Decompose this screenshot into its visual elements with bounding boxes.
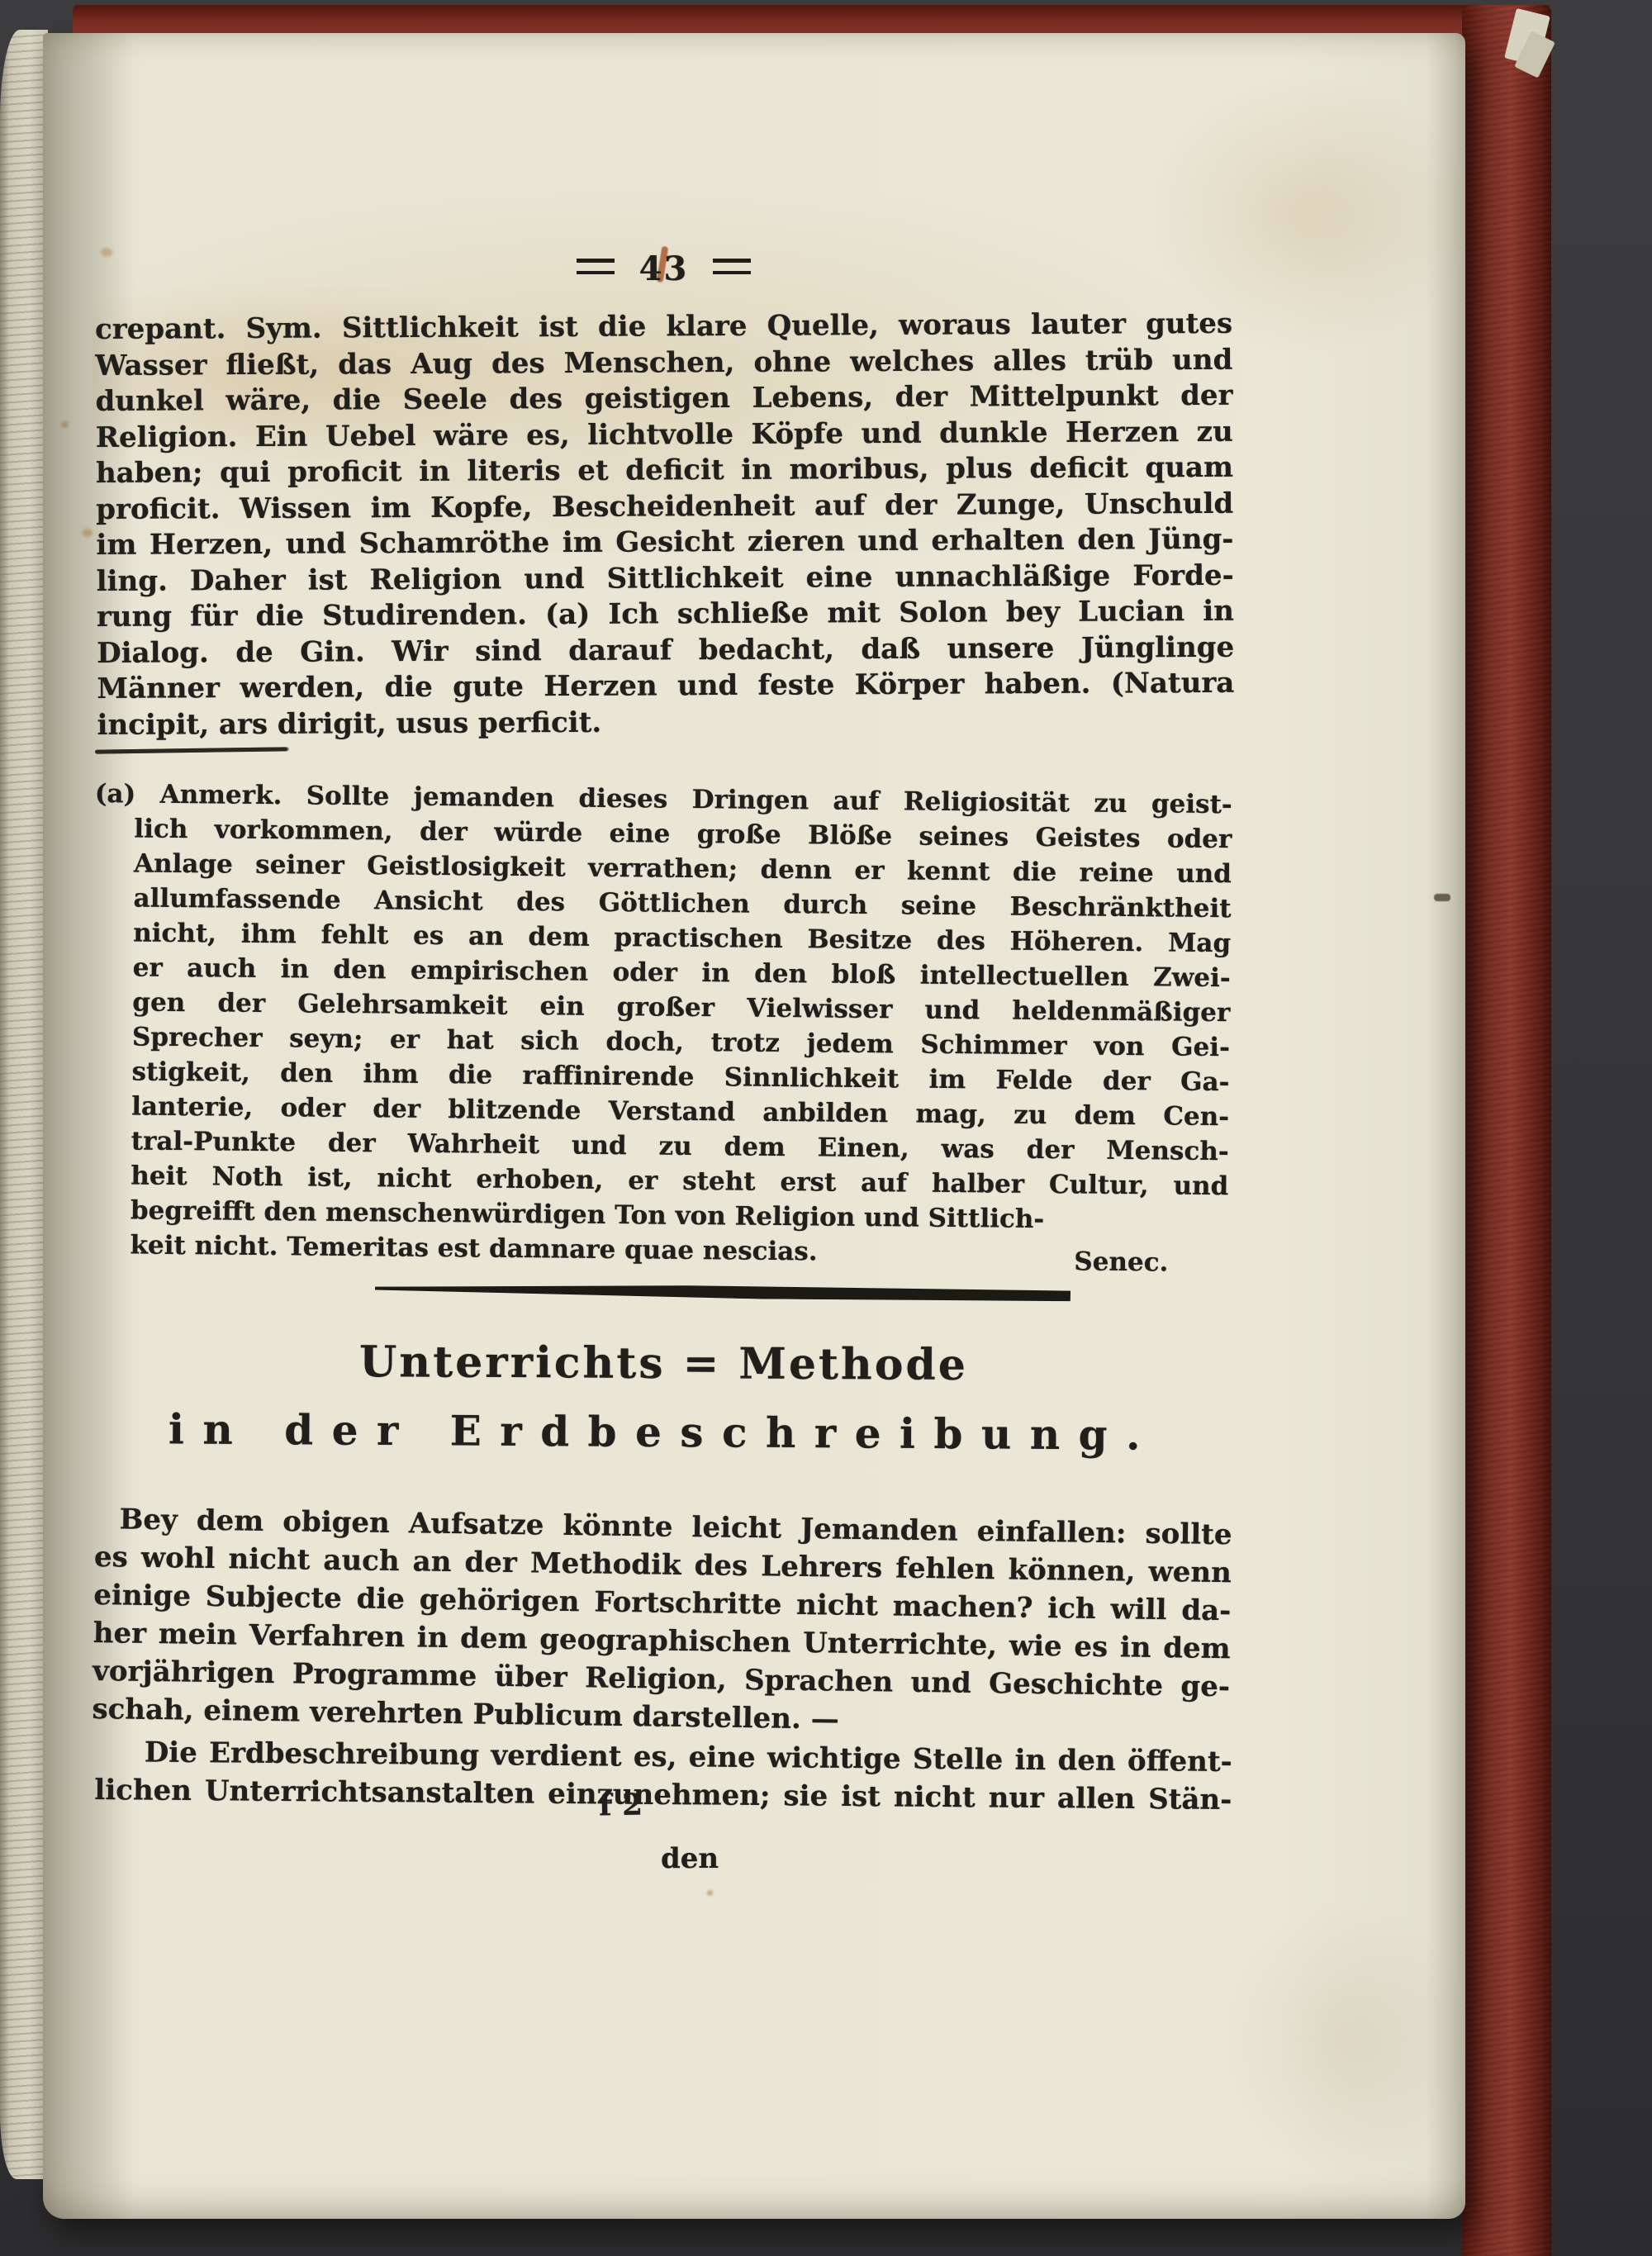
text-line: im Herzen, und Schamröthe im Gesicht zie… bbox=[96, 522, 1233, 564]
text-line: Männer werden, die gute Herzen und feste… bbox=[97, 666, 1234, 708]
section-paragraph-1: Bey dem obigen Aufsatze könnte leicht Je… bbox=[92, 1500, 1232, 1744]
text-line: crepant. Sym. Sittlichkeit ist die klare… bbox=[95, 306, 1232, 349]
section-divider-rule bbox=[375, 1282, 1070, 1303]
text-line: Religion. Ein Uebel wäre es, lichtvolle … bbox=[96, 414, 1233, 456]
section-title-line2: in der Erdbeschreibung. bbox=[95, 1404, 1232, 1460]
footnote-block: (a) Anmerk. Sollte jemanden dieses Dring… bbox=[90, 777, 1232, 1273]
text-line: Wasser fließt, das Aug des Menschen, ohn… bbox=[95, 342, 1232, 384]
main-paragraph: crepant. Sym. Sittlichkeit ist die klare… bbox=[95, 306, 1235, 743]
page-edge-shadow bbox=[1426, 33, 1465, 2219]
text-line: Dialog. de Gin. Wir sind darauf bedacht,… bbox=[97, 629, 1234, 672]
text-line: rung für die Studirenden. (a) Ich schlie… bbox=[97, 594, 1234, 636]
page-header: 43 bbox=[95, 249, 1232, 288]
foxing-spot bbox=[61, 421, 69, 428]
section-title-line1: Unterrichts = Methode bbox=[95, 1335, 1232, 1391]
footnote-attribution: Senec. bbox=[1074, 1244, 1168, 1280]
book-cover-right-edge bbox=[1462, 5, 1551, 2256]
text-line: proficit. Wissen im Kopfe, Bescheidenhei… bbox=[96, 486, 1233, 528]
text-line: dunkel wäre, die Seele des geistigen Leb… bbox=[95, 378, 1232, 420]
catchword: den bbox=[661, 1842, 719, 1875]
signature-mark: f 2 bbox=[599, 1788, 643, 1823]
footnote-text: (a) Anmerk. Sollte jemanden dieses Dring… bbox=[91, 777, 1232, 1238]
foxing-spot bbox=[83, 529, 93, 537]
scanned-book-page: 43 crepant. Sym. Sittlichkeit ist die kl… bbox=[0, 0, 1652, 2256]
foxing-spot bbox=[707, 1890, 713, 1896]
page-number: 43 bbox=[639, 249, 689, 288]
section-paragraph-2: Die Erdbeschreibung verdient es, eine wi… bbox=[94, 1733, 1232, 1819]
page-edges-stack bbox=[0, 30, 48, 2179]
foxing-spot bbox=[1434, 894, 1450, 901]
book-page: 43 crepant. Sym. Sittlichkeit ist die kl… bbox=[43, 33, 1465, 2219]
text-line: ling. Daher ist Religion und Sittlichkei… bbox=[97, 558, 1234, 600]
text-line: incipit, ars dirigit, usus perficit. bbox=[97, 701, 1235, 743]
header-ornament-left-icon bbox=[577, 259, 615, 274]
footnote-closing-text: keit nicht. Temeritas est damnare quae n… bbox=[130, 1228, 817, 1269]
text-line: haben; qui proficit in literis et defici… bbox=[96, 450, 1233, 492]
header-ornament-right-icon bbox=[713, 259, 751, 274]
